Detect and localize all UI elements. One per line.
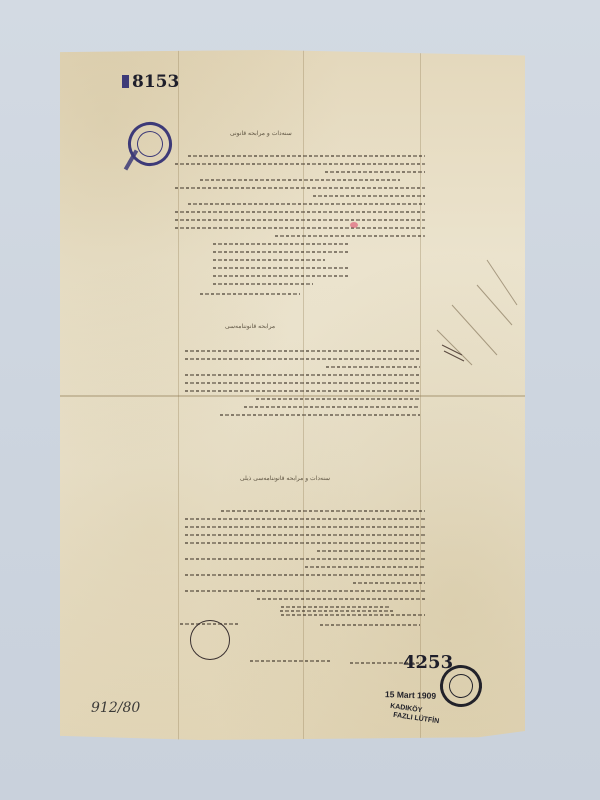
stamp-mark-icon [122,75,129,88]
section-title-1: سنەدات و مرابحە قانونى [230,130,292,137]
pencil-signature [432,245,522,385]
office-stamp-line2: FAZLI LÜTFİN [393,712,440,725]
section-1-text [175,155,425,291]
registry-number-stamp: 8153 [122,72,179,92]
seal-placeholder-circle [190,620,230,660]
section-title-2: مرابحە قانوننامەسى [225,323,275,330]
signature-line-3 [320,624,420,632]
section-1-date [200,293,300,301]
section-2-text [185,350,420,422]
section-title-3: سنەدات و مرابحە قانوننامەسى ذيلى [240,475,330,482]
red-ink-spot [350,222,358,228]
handwritten-archive-note: 912/80 [91,700,140,716]
document-paper: 8153 سنەدات و مرابحە قانونى مرابحە قانون… [60,50,525,740]
date-stamp: 15 Mart 1909 [385,689,436,701]
section-3-text [185,510,425,622]
signature-line-1 [280,610,395,618]
signature-line-4 [250,660,330,668]
